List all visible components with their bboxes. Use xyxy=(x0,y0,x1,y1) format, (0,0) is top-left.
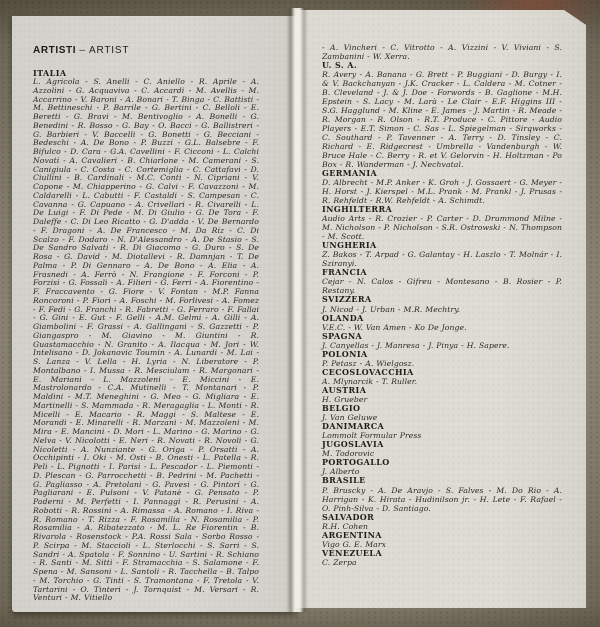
country-heading: AUSTRIA xyxy=(322,386,562,395)
country-section-cecoslovacchia: CECOSLOVACCHIA A. Mlynarcik - T. Ruller. xyxy=(322,368,562,386)
country-section-polonia: POLONIA P. Petasz - A. Wielgosz. xyxy=(322,350,562,368)
country-section-belgio: BELGIO J. Van Geluwe xyxy=(322,404,562,422)
country-section-ungheria: UNGHERIA Z. Bakos - T. Arpad - G. Galant… xyxy=(322,241,562,268)
scanned-catalog-photo: { "left_page": { "title_primary": "ARTIS… xyxy=(0,0,600,627)
country-section-spagna: SPAGNA J. Canyellas - J. Manresa - J. Pi… xyxy=(322,332,562,350)
page-title-dash: – xyxy=(79,45,85,56)
country-names: D. Albrecht - M.P. Anker - K. Groh - J. … xyxy=(322,178,562,205)
country-heading: SALVADOR xyxy=(322,513,562,522)
right-page-content: - A. Vincheri - C. Vitrotto - A. Vizzini… xyxy=(322,43,562,567)
country-heading: PORTOGALLO xyxy=(322,458,562,467)
left-page-content: ARTISTI – ARTIST ITALIA L. Agricola - S.… xyxy=(33,45,259,603)
country-section-portogallo: PORTOGALLO J. Alberto xyxy=(322,458,562,476)
artist-names-italia-continued: - A. Vincheri - C. Vitrotto - A. Vizzini… xyxy=(322,43,562,61)
country-names: Audio Arts - R. Crozier - P. Carter - D.… xyxy=(322,214,562,241)
country-heading: GERMANIA xyxy=(322,169,562,178)
country-section-svizzera: SVIZZERA J. Nicod - J. Urban - M.R. Mech… xyxy=(322,295,562,313)
country-heading: FRANCIA xyxy=(322,268,562,277)
country-names: R. Avery - A. Banana - G. Brett - P. Bug… xyxy=(322,70,562,169)
country-heading: CECOSLOVACCHIA xyxy=(322,368,562,377)
country-heading: BRASILE xyxy=(322,476,562,485)
country-heading: UNGHERIA xyxy=(322,241,562,250)
country-section-salvador: SALVADOR R.H. Cohen xyxy=(322,513,562,531)
country-heading: BELGIO xyxy=(322,404,562,413)
country-names: Z. Bakos - T. Arpad - G. Galantay - H. L… xyxy=(322,250,562,268)
country-names: Cejar - N. Calos - Gifreu - Montesano - … xyxy=(322,277,562,295)
country-heading: VENEZUELA xyxy=(322,549,562,558)
country-heading: SPAGNA xyxy=(322,332,562,341)
country-section-brasile: BRASILE P. Bruscky - A. De Aravjo - S. F… xyxy=(322,476,562,512)
page-title-english: ARTIST xyxy=(89,45,129,56)
country-section-argentina: ARGENTINA Vigo G. E. Marx xyxy=(322,531,562,549)
country-heading: POLONIA xyxy=(322,350,562,359)
page-title-italian: ARTISTI xyxy=(33,45,76,56)
country-names: C. Zerpa xyxy=(322,558,562,567)
country-section-germania: GERMANIA D. Albrecht - M.P. Anker - K. G… xyxy=(322,169,562,205)
country-section-austria: AUSTRIA H. Grueber xyxy=(322,386,562,404)
country-heading: DANIMARCA xyxy=(322,422,562,431)
country-heading: OLANDA xyxy=(322,314,562,323)
country-section-danimarca: DANIMARCA Lommolt Formular Press xyxy=(322,422,562,440)
country-section-inghilterra: INGHILTERRA Audio Arts - R. Crozier - P.… xyxy=(322,205,562,241)
country-section-venezuela: VENEZUELA C. Zerpa xyxy=(322,549,562,567)
center-fold xyxy=(286,8,308,612)
country-section-francia: FRANCIA Cejar - N. Calos - Gifreu - Mont… xyxy=(322,268,562,295)
country-section-olanda: OLANDA V.E.C. - W. Van Amen - Ko De Jong… xyxy=(322,314,562,332)
country-heading: INGHILTERRA xyxy=(322,205,562,214)
page-title: ARTISTI – ARTIST xyxy=(33,45,259,57)
country-heading: SVIZZERA xyxy=(322,295,562,304)
artist-names-italia: L. Agricola - S. Anelli - C. Aniello - R… xyxy=(33,78,259,603)
country-heading: ARGENTINA xyxy=(322,531,562,540)
country-section-usa: U. S. A. R. Avery - A. Banana - G. Brett… xyxy=(322,61,562,169)
country-section-jugoslavia: JUGOSLAVIA M. Todorovic xyxy=(322,440,562,458)
country-names: P. Bruscky - A. De Aravjo - S. Falves - … xyxy=(322,486,562,513)
country-heading: U. S. A. xyxy=(322,61,562,70)
country-heading: JUGOSLAVIA xyxy=(322,440,562,449)
